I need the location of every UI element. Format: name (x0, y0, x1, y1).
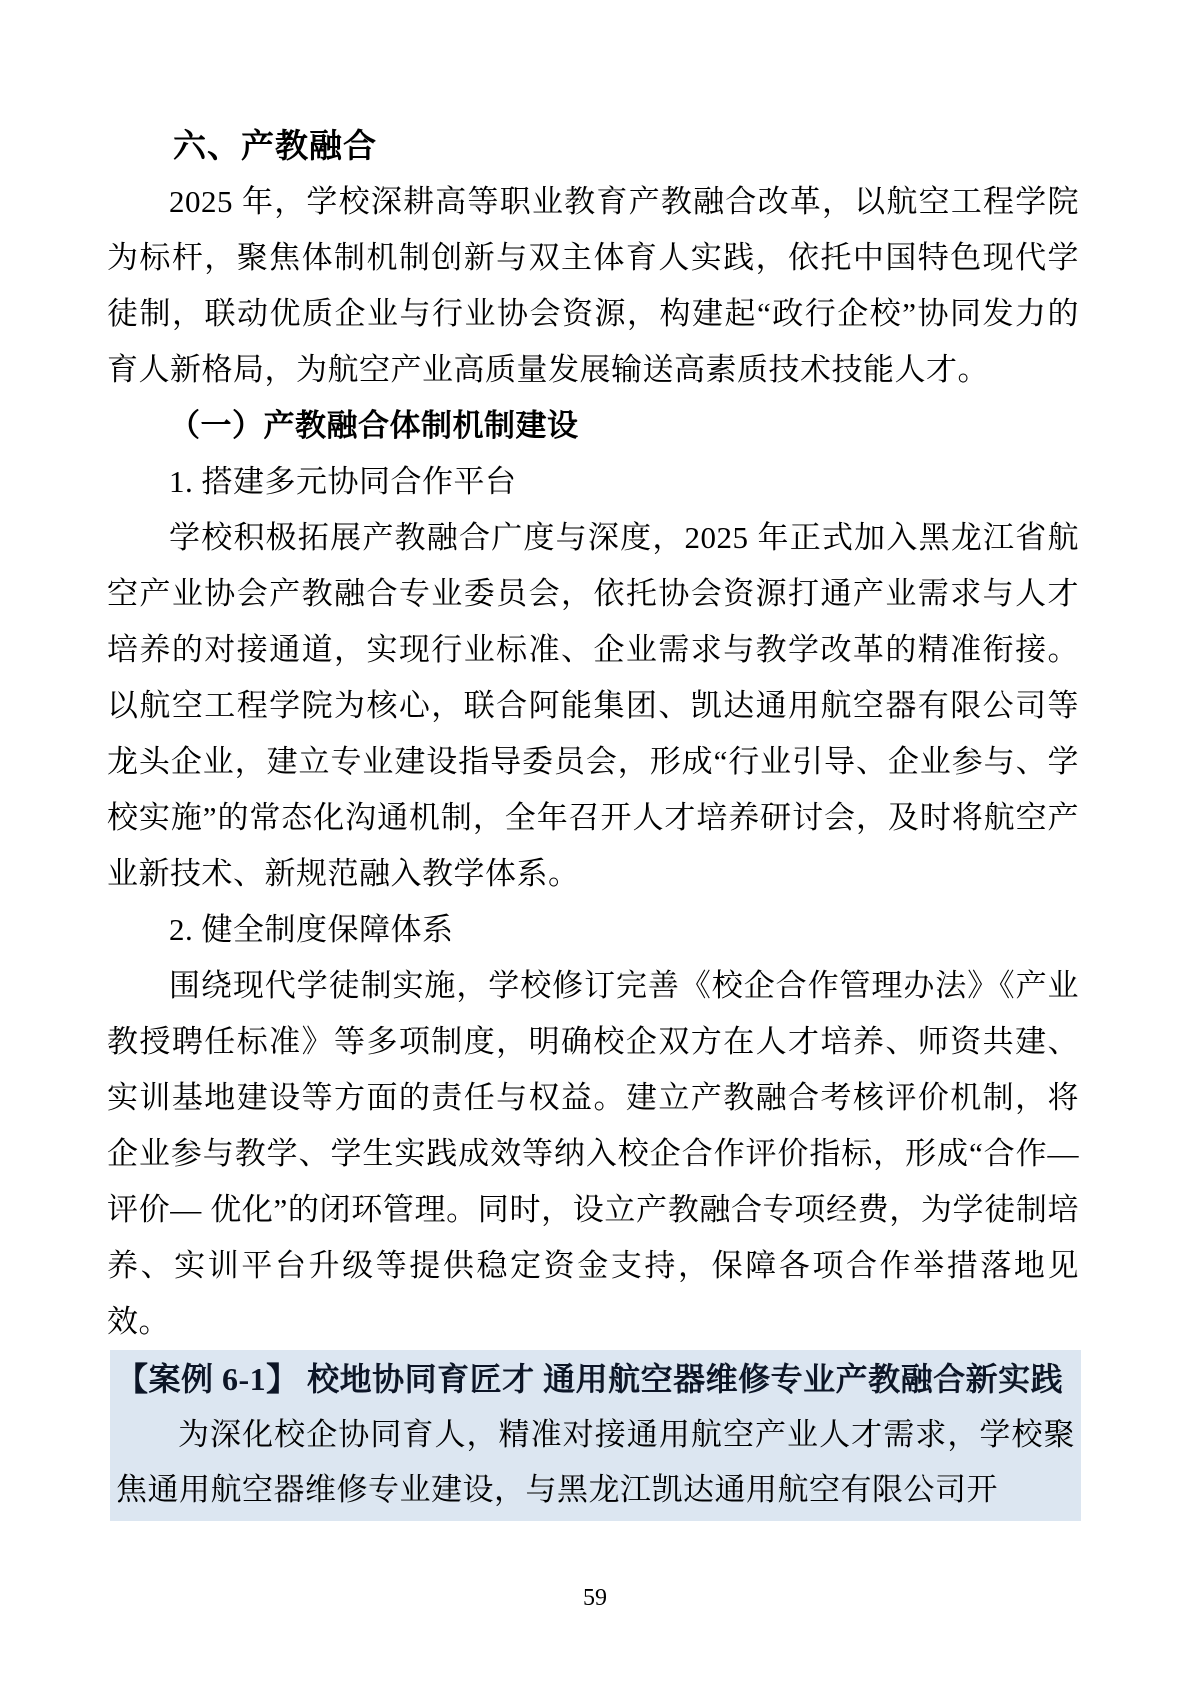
case-box-title: 【案例 6-1】 校地协同育匠才 通用航空器维修专业产教融合新实践 (116, 1352, 1075, 1407)
paragraph-system: 围绕现代学徒制实施，学校修订完善《校企合作管理办法》《产业教授聘任标准》等多项制… (107, 958, 1079, 1350)
paragraph-intro: 2025 年，学校深耕高等职业教育产教融合改革，以航空工程学院为标杆，聚焦体制机… (107, 174, 1079, 398)
item-heading-1: 1. 搭建多元协同合作平台 (107, 454, 1079, 510)
document-page: 六、产教融合 2025 年，学校深耕高等职业教育产教融合改革，以航空工程学院为标… (0, 0, 1190, 1683)
item-heading-2: 2. 健全制度保障体系 (107, 902, 1079, 958)
section-heading: 六、产教融合 (107, 118, 1079, 174)
page-number: 59 (0, 1583, 1190, 1613)
case-highlight-box: 【案例 6-1】 校地协同育匠才 通用航空器维修专业产教融合新实践 为深化校企协… (110, 1350, 1081, 1521)
page-content: 六、产教融合 2025 年，学校深耕高等职业教育产教融合改革，以航空工程学院为标… (107, 118, 1079, 1521)
case-box-body: 为深化校企协同育人，精准对接通用航空产业人才需求，学校聚焦通用航空器维修专业建设… (116, 1407, 1075, 1517)
paragraph-platform: 学校积极拓展产教融合广度与深度，2025 年正式加入黑龙江省航空产业协会产教融合… (107, 510, 1079, 902)
subsection-heading: （一）产教融合体制机制建设 (107, 398, 1079, 454)
